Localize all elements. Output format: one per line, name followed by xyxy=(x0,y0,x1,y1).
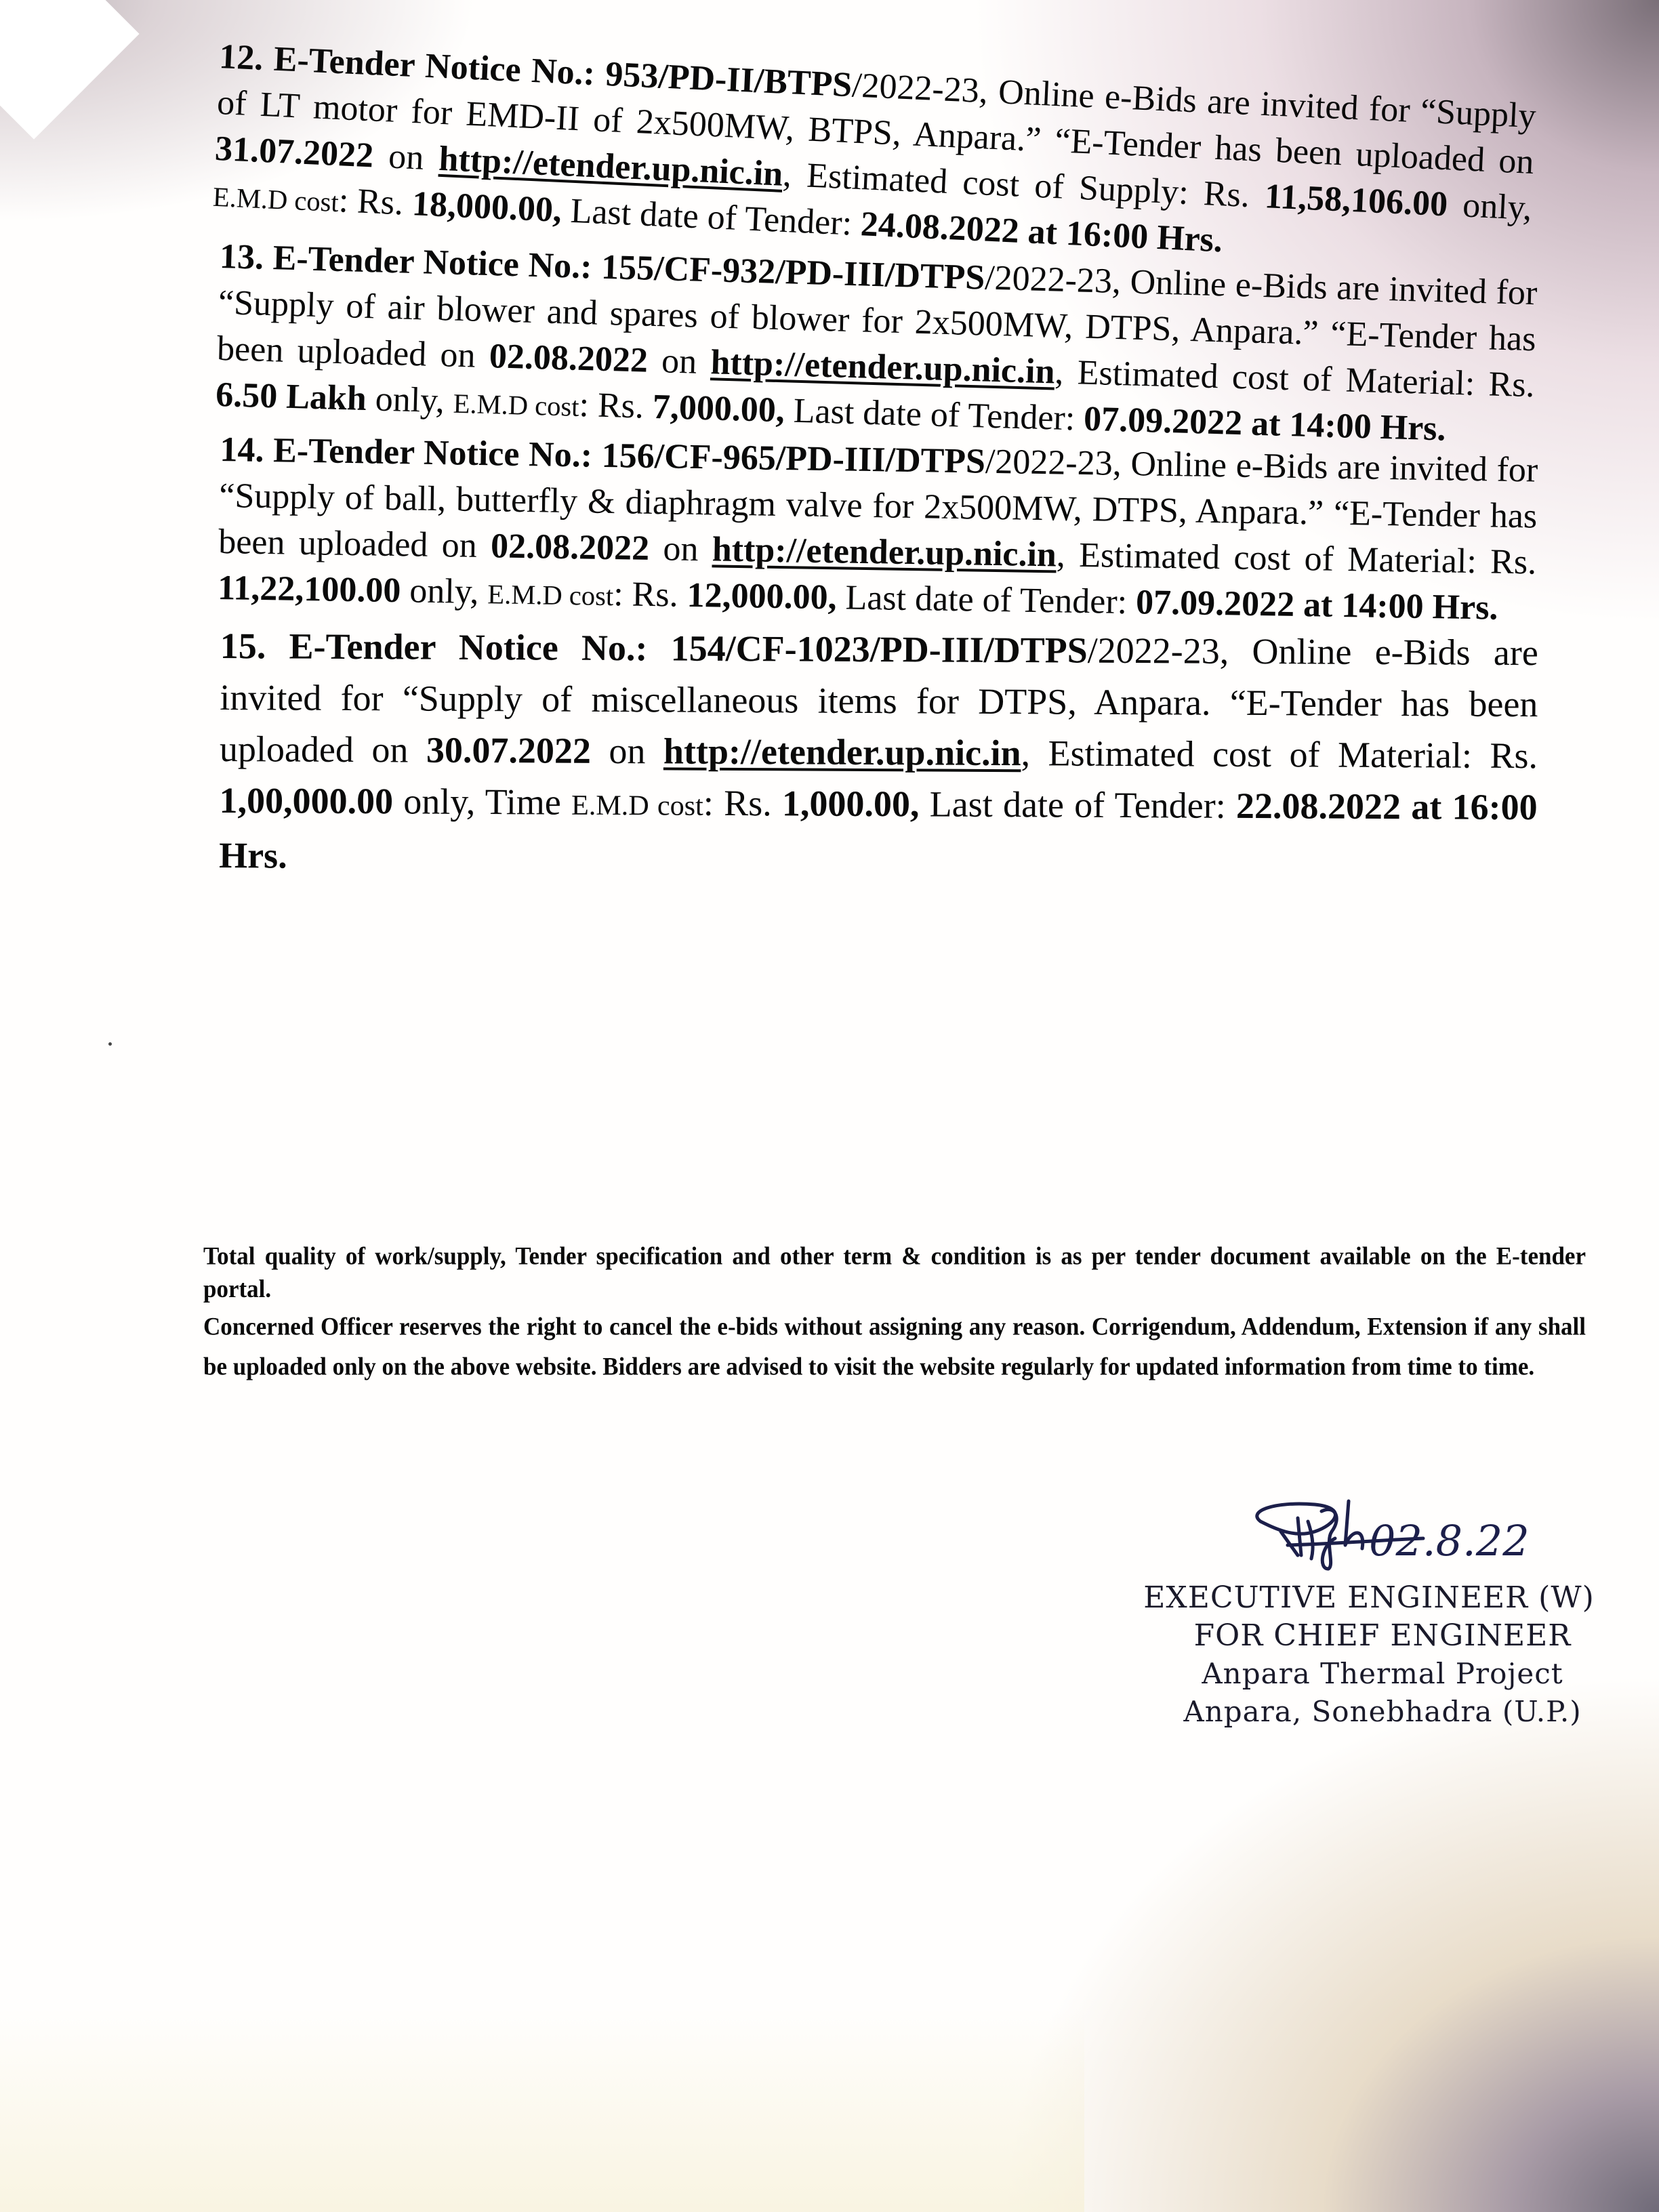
estimated-cost: 11,22,100.00 xyxy=(218,569,401,610)
estimated-cost: 1,00,000.00 xyxy=(219,780,393,821)
notice-text: Last date of Tender: xyxy=(561,191,862,243)
notice-ref: 156/CF-965/PD-III/DTPS xyxy=(601,436,985,481)
notice-text: : Rs. xyxy=(613,575,687,615)
notice-ref-year: /2022-23 xyxy=(984,259,1112,301)
notice-text: , Estimated cost of Material: Rs. xyxy=(1056,535,1536,581)
notice-number: 14. xyxy=(220,430,264,470)
terms-paragraph: Total quality of work/supply, Tender spe… xyxy=(203,1240,1586,1306)
notice-text: on xyxy=(373,136,440,178)
notice-ref: 155/CF-932/PD-III/DTPS xyxy=(600,248,985,298)
notice-heading: E-Tender Notice No.: xyxy=(272,239,592,286)
signature-date: 02.8.22 xyxy=(1369,1516,1530,1565)
notice-heading: E-Tender Notice No.: xyxy=(273,431,593,474)
notice-ref-year: /2022-23 xyxy=(985,443,1113,483)
notice-text: Last date of Tender: xyxy=(836,578,1136,621)
cancellation-paragraph: Concerned Officer reserves the right to … xyxy=(203,1307,1586,1387)
notice-number: 15. xyxy=(220,626,266,666)
emd-label: E.M.D cost xyxy=(453,388,579,422)
handwritten-signature: 02.8.22 xyxy=(1145,1477,1620,1579)
upload-date: 02.08.2022 xyxy=(489,337,649,380)
signature-icon: 02.8.22 xyxy=(1233,1491,1613,1579)
paper-speck xyxy=(108,1042,112,1046)
notice-text: , Estimated cost of Material: Rs. xyxy=(1021,733,1538,776)
notice-number: 13. xyxy=(219,237,264,277)
notice-text: : Rs. xyxy=(338,181,413,223)
notice-text: , Estimated cost of Material: Rs. xyxy=(1054,352,1536,405)
etender-link[interactable]: http://etender.up.nic.in xyxy=(438,140,783,194)
paper-shadow-bottom xyxy=(0,2009,1084,2212)
estimated-cost: 6.50 Lakh xyxy=(216,375,367,418)
emd-cost: 18,000.00, xyxy=(411,184,562,230)
notice-text: on xyxy=(591,731,663,772)
emd-cost: 7,000.00, xyxy=(652,388,785,430)
upload-date: 02.08.2022 xyxy=(491,527,650,568)
notice-ref-year: /2022-23 xyxy=(851,66,980,110)
organization-name: Anpara Thermal Project xyxy=(1145,1655,1620,1693)
notice-number: 12. xyxy=(218,37,264,78)
designation-executive-engineer: EXECUTIVE ENGINEER (W) xyxy=(1118,1579,1620,1617)
tender-notice-15: 15. E-Tender Notice No.: 154/CF-1023/PD-… xyxy=(219,620,1538,888)
notice-text: on xyxy=(647,342,711,382)
notice-heading: E-Tender Notice No.: xyxy=(273,40,596,93)
organization-address: Anpara, Sonebhadra (U.P.) xyxy=(1145,1693,1620,1731)
notice-ref: 154/CF-1023/PD-III/DTPS xyxy=(671,628,1088,670)
estimated-cost: 11,58,106.00 xyxy=(1264,177,1448,224)
tender-notice-13: 13. E-Tender Notice No.: 155/CF-932/PD-I… xyxy=(215,234,1538,457)
notice-ref: 953/PD-II/BTPS xyxy=(605,55,853,104)
notice-text: only, Time xyxy=(393,781,571,822)
notice-text: Last date of Tender: xyxy=(919,783,1236,825)
etender-link[interactable]: http://etender.up.nic.in xyxy=(663,731,1021,773)
last-date: 07.09.2022 at 14:00 Hrs. xyxy=(1136,583,1498,627)
notice-text: only, xyxy=(366,380,454,421)
signature-block: 02.8.22 EXECUTIVE ENGINEER (W) FOR CHIEF… xyxy=(1145,1477,1620,1731)
tender-notices: 12. E-Tender Notice No.: 953/PD-II/BTPS/… xyxy=(220,27,1538,847)
emd-label: E.M.D cost xyxy=(571,790,703,822)
emd-cost: 1,000.00, xyxy=(782,783,920,824)
notice-ref-year: /2022-23 xyxy=(1088,630,1220,672)
notice-text: Last date of Tender: xyxy=(784,391,1084,438)
terms-and-conditions: Total quality of work/supply, Tender spe… xyxy=(203,1240,1586,1387)
upload-date: 31.07.2022 xyxy=(214,129,374,176)
upload-date: 30.07.2022 xyxy=(426,730,591,771)
etender-link[interactable]: http://etender.up.nic.in xyxy=(712,530,1057,574)
notice-heading: E-Tender Notice No.: xyxy=(289,626,647,669)
notice-text: only, xyxy=(1447,185,1533,228)
emd-label: E.M.D cost xyxy=(212,182,340,218)
tender-notice-14: 14. E-Tender Notice No.: 156/CF-965/PD-I… xyxy=(218,427,1538,634)
notice-text: on xyxy=(649,529,713,569)
designation-chief-engineer: FOR CHIEF ENGINEER xyxy=(1145,1617,1620,1655)
notice-text: : Rs. xyxy=(703,783,782,824)
last-date: 24.08.2022 at 16:00 Hrs. xyxy=(860,205,1223,260)
emd-label: E.M.D cost xyxy=(487,579,614,611)
notice-text: only, xyxy=(401,571,488,611)
etender-link[interactable]: http://etender.up.nic.in xyxy=(710,343,1055,391)
notice-text: : Rs. xyxy=(579,386,653,426)
emd-cost: 12,000.00, xyxy=(687,576,837,617)
